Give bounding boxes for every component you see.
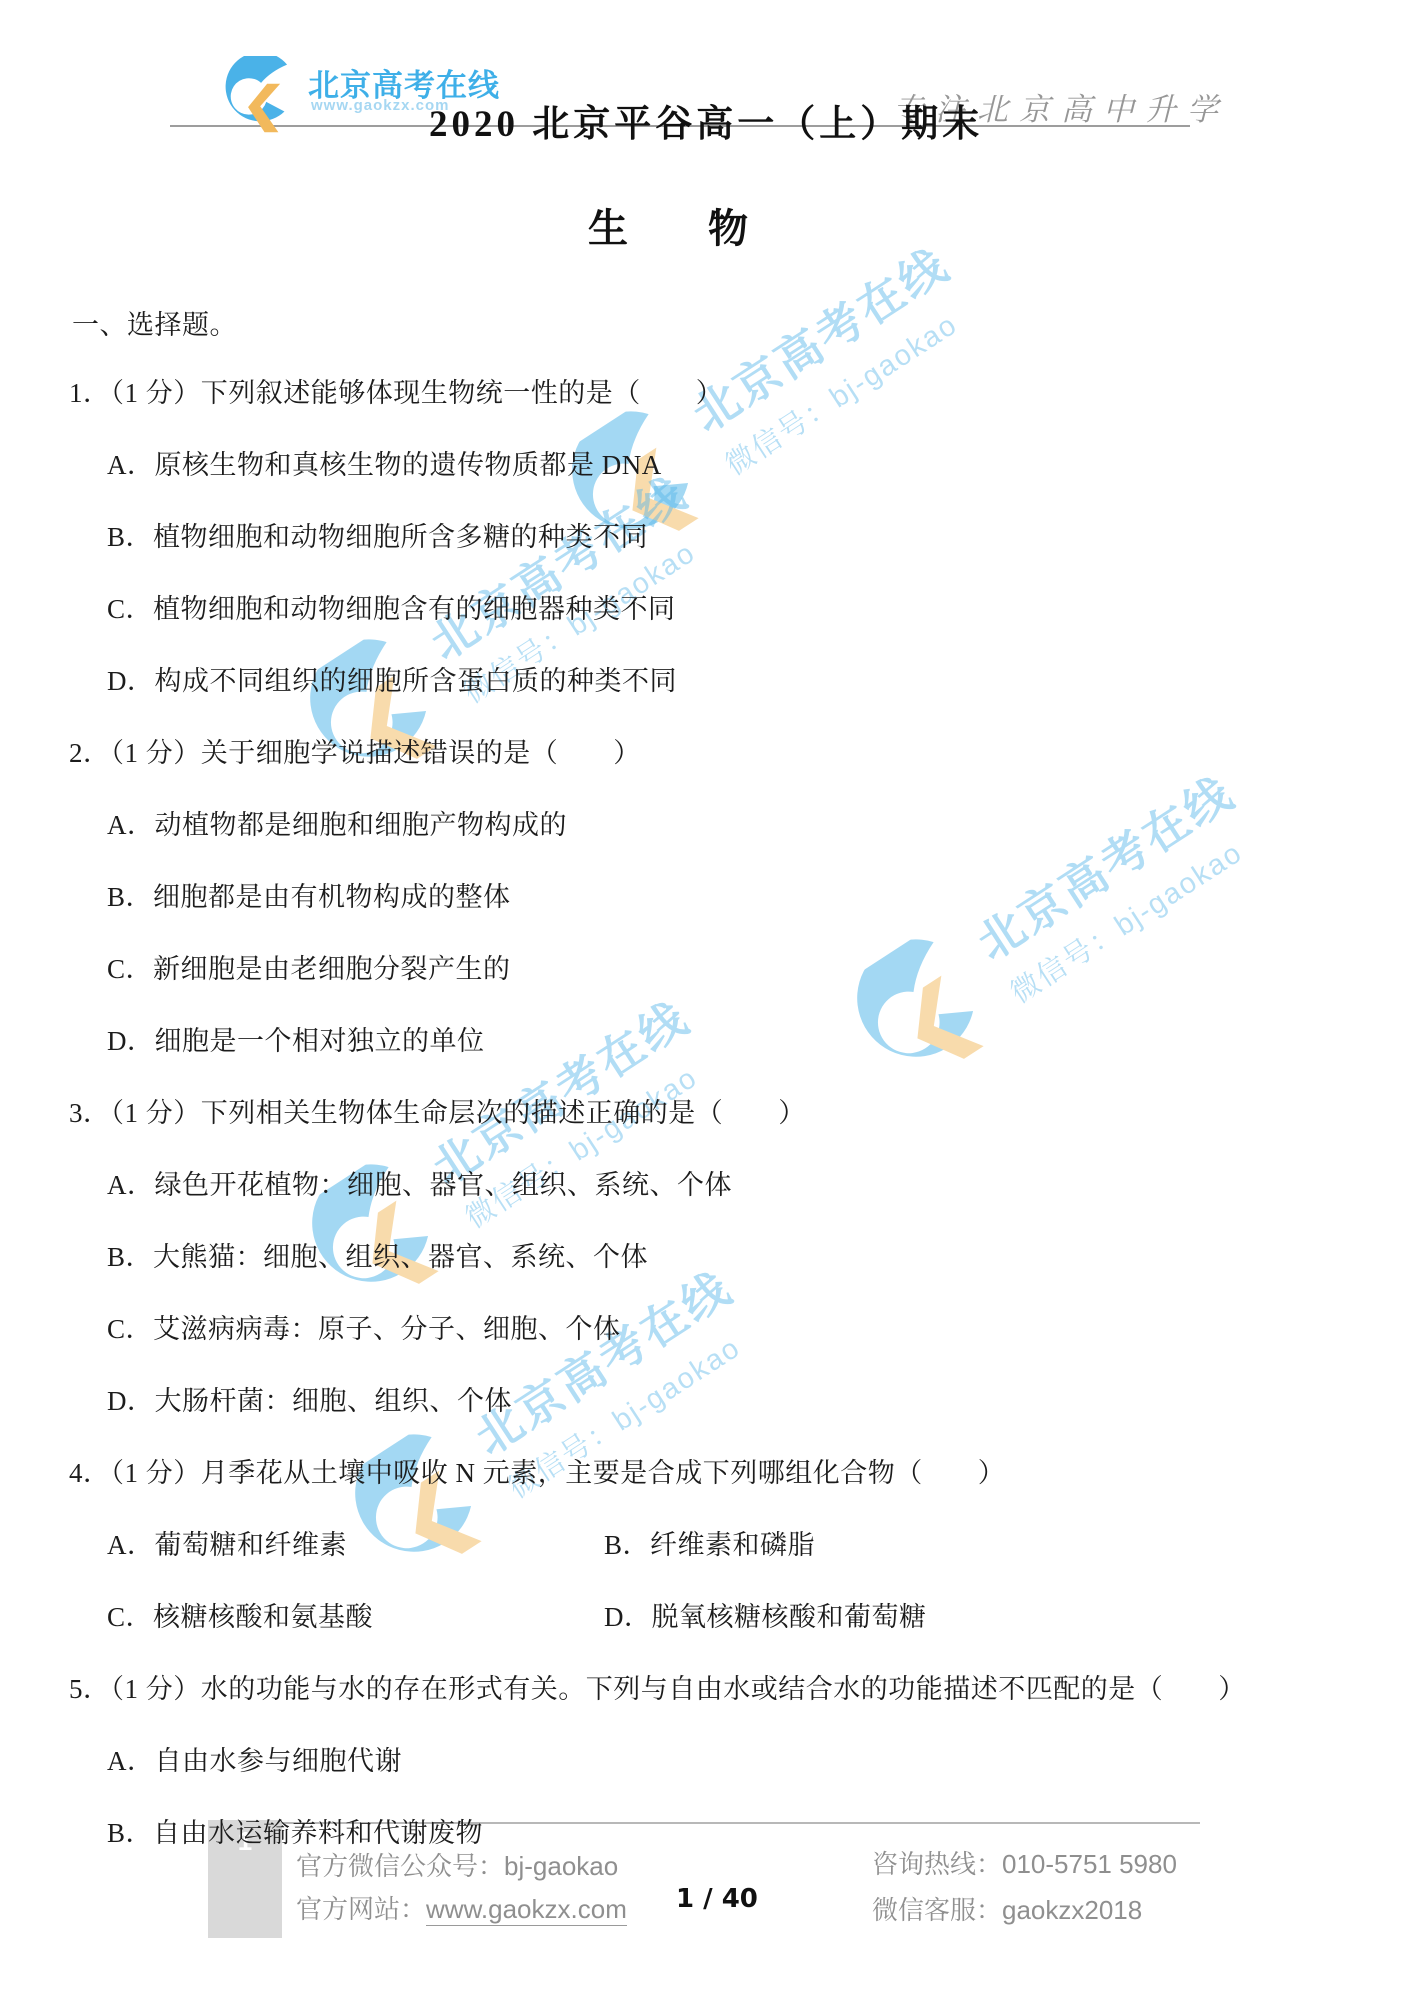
watermark-brand-text: 北京高考在线 (416, 458, 699, 673)
gk-logo-icon (269, 618, 468, 811)
gk-logo-icon (531, 390, 730, 583)
option-item: A．葡萄糖和纤维素 (107, 1530, 347, 1561)
page-indicator: 1 / 40 (676, 1884, 758, 1914)
watermark-wechat-text: 微信号：bj-gaokao (716, 289, 985, 484)
question-stem: 1．（1 分）下列叙述能够体现生物统一性的是（ ） (69, 378, 723, 409)
document-header-title: 2020 北京平谷高一（上）期末 (429, 93, 983, 147)
watermark-brand-text: 北京高考在线 (461, 1253, 744, 1468)
document-page: 北京高考在线微信号：bj-gaokao 北京高考在线微信号：bj-gaokao … (0, 0, 1406, 2000)
question-stem: 5．（1 分）水的功能与水的存在形式有关。下列与自由水或结合水的功能描述不匹配的… (69, 1674, 1246, 1705)
footer-official-site: 官方网站：www.gaokzx.com (296, 1889, 627, 1926)
watermark-brand-text: 北京高考在线 (963, 758, 1246, 973)
option-item: B．大熊猫：细胞、组织、器官、系统、个体 (107, 1242, 648, 1273)
watermark-brand-text: 北京高考在线 (418, 983, 701, 1198)
watermark-wechat-text: 微信号：bj-gaokao (456, 1042, 725, 1237)
subject-title: 生 物 (588, 197, 748, 254)
gk-logo-icon (210, 56, 300, 134)
option-item: C．艾滋病病毒：原子、分子、细胞、个体 (107, 1314, 621, 1345)
option-item: D．细胞是一个相对独立的单位 (107, 1026, 485, 1057)
option-item: B．细胞都是由有机物构成的整体 (107, 882, 511, 913)
option-item: D．构成不同组织的细胞所含蛋白质的种类不同 (107, 666, 677, 697)
brand-watermark: 北京高考在线微信号：bj-gaokao (266, 946, 767, 1344)
option-item: B．自由水运输养料和代谢废物 (107, 1818, 483, 1849)
option-item: A．原核生物和真核生物的遗传物质都是 DNA (107, 450, 662, 481)
option-item: D．大肠杆菌：细胞、组织、个体 (107, 1386, 512, 1417)
option-item: B．纤维素和磷脂 (604, 1530, 815, 1561)
question-stem: 3．（1 分）下列相关生物体生命层次的描述正确的是（ ） (69, 1098, 806, 1129)
question-stem: 4．（1 分）月季花从土壤中吸收 N 元素，主要是合成下列哪组化合物（ ） (69, 1458, 1005, 1489)
footer-wechat-service: 微信客服：gaokzx2018 (872, 1890, 1142, 1927)
option-item: B．植物细胞和动物细胞所含多糖的种类不同 (107, 522, 648, 553)
option-item: C．核糖核酸和氨基酸 (107, 1602, 373, 1633)
gk-logo-icon (314, 1413, 513, 1606)
option-item: C．新细胞是由老细胞分裂产生的 (107, 954, 511, 985)
footer-official-wechat: 官方微信公众号：bj-gaokao (296, 1846, 618, 1883)
footer-site-label: 官方网站： (296, 1894, 426, 1924)
watermark-wechat-text: 微信号：bj-gaokao (1001, 817, 1270, 1012)
section-heading: 一、选择题。 (72, 303, 237, 342)
gk-logo-icon (816, 918, 1015, 1111)
option-item: A．绿色开花植物：细胞、器官、组织、系统、个体 (107, 1170, 732, 1201)
question-stem: 2．（1 分）关于细胞学说描述错误的是（ ） (69, 738, 641, 769)
option-item: C．植物细胞和动物细胞含有的细胞器种类不同 (107, 594, 676, 625)
brand-logo-icon (210, 56, 300, 134)
option-item: A．自由水参与细胞代谢 (107, 1746, 402, 1777)
footer-site-link[interactable]: www.gaokzx.com (426, 1894, 627, 1926)
option-item: A．动植物都是细胞和细胞产物构成的 (107, 810, 567, 841)
footer-hotline: 咨询热线：010-5751 5980 (872, 1844, 1177, 1881)
watermark-brand-text: 北京高考在线 (678, 230, 961, 445)
brand-watermark: 北京高考在线微信号：bj-gaokao (811, 721, 1312, 1119)
option-item: D．脱氧核糖核酸和葡萄糖 (604, 1602, 927, 1633)
